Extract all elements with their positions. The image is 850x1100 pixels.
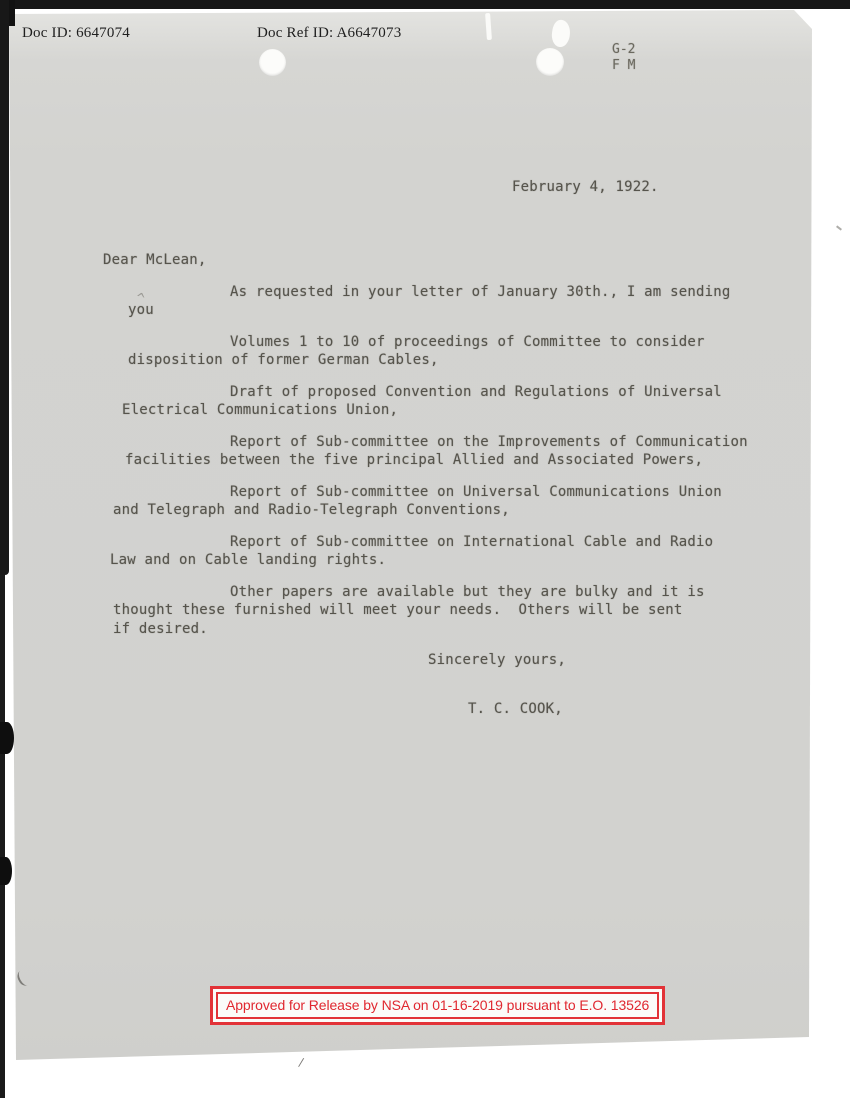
letter-line: Law and on Cable landing rights.: [110, 551, 800, 570]
signature: T. C. COOK,: [110, 700, 800, 719]
release-stamp-text: Approved for Release by NSA on 01-16-201…: [226, 995, 649, 1015]
letter-date: February 4, 1922.: [512, 179, 659, 195]
punch-hole-right: [536, 48, 564, 76]
letter-line: facilities between the five principal Al…: [125, 451, 800, 470]
letter-line: you: [128, 301, 800, 320]
letter-line: Volumes 1 to 10 of proceedings of Commit…: [110, 333, 800, 352]
scan-edge-blob: [0, 857, 12, 885]
letter-line: disposition of former German Cables,: [128, 351, 800, 370]
paragraph: Other papers are available but they are …: [110, 583, 800, 639]
doc-id-label: Doc ID: 6647074: [22, 25, 130, 42]
letter-line: Other papers are available but they are …: [110, 583, 800, 602]
letter-line: Electrical Communications Union,: [122, 401, 800, 420]
scan-edge-blob: [0, 722, 14, 754]
release-stamp-inner-border: Approved for Release by NSA on 01-16-201…: [216, 992, 659, 1019]
doc-ref-id-label: Doc Ref ID: A6647073: [257, 25, 401, 42]
letter-body: Dear McLean, As requested in your letter…: [110, 251, 800, 718]
letter-line: Draft of proposed Convention and Regulat…: [110, 383, 800, 402]
letter-line: As requested in your letter of January 3…: [110, 283, 800, 302]
paragraph: Report of Sub-committee on Universal Com…: [110, 483, 800, 520]
paragraph: Volumes 1 to 10 of proceedings of Commit…: [110, 333, 800, 370]
letter-line: thought these furnished will meet your n…: [113, 601, 800, 620]
paragraph: Report of Sub-committee on International…: [110, 533, 800, 570]
release-stamp: Approved for Release by NSA on 01-16-201…: [210, 986, 665, 1025]
letter-line: and Telegraph and Radio-Telegraph Conven…: [113, 501, 800, 520]
salutation: Dear McLean,: [103, 251, 800, 270]
closing: Sincerely yours,: [110, 651, 800, 670]
routing-code: G-2 F M: [612, 42, 635, 74]
pencil-slash-mark: /: [297, 1056, 305, 1070]
routing-code-line: F M: [612, 58, 635, 74]
routing-code-line: G-2: [612, 42, 635, 58]
letter-line: if desired.: [113, 620, 800, 639]
letter-line: Report of Sub-committee on International…: [110, 533, 800, 552]
scan-dash-mark: [836, 225, 842, 230]
punch-hole-left: [259, 49, 286, 76]
paragraph: Draft of proposed Convention and Regulat…: [110, 383, 800, 420]
paragraph: As requested in your letter of January 3…: [110, 283, 800, 320]
scan-left-edge-upper: [0, 0, 9, 575]
letter-line: Report of Sub-committee on Universal Com…: [110, 483, 800, 502]
letter-line: Report of Sub-committee on the Improveme…: [110, 433, 800, 452]
paragraph: Report of Sub-committee on the Improveme…: [110, 433, 800, 470]
scanned-document-page: Doc ID: 6647074 Doc Ref ID: A6647073 G-2…: [0, 0, 850, 1100]
scan-top-edge: [0, 0, 850, 9]
